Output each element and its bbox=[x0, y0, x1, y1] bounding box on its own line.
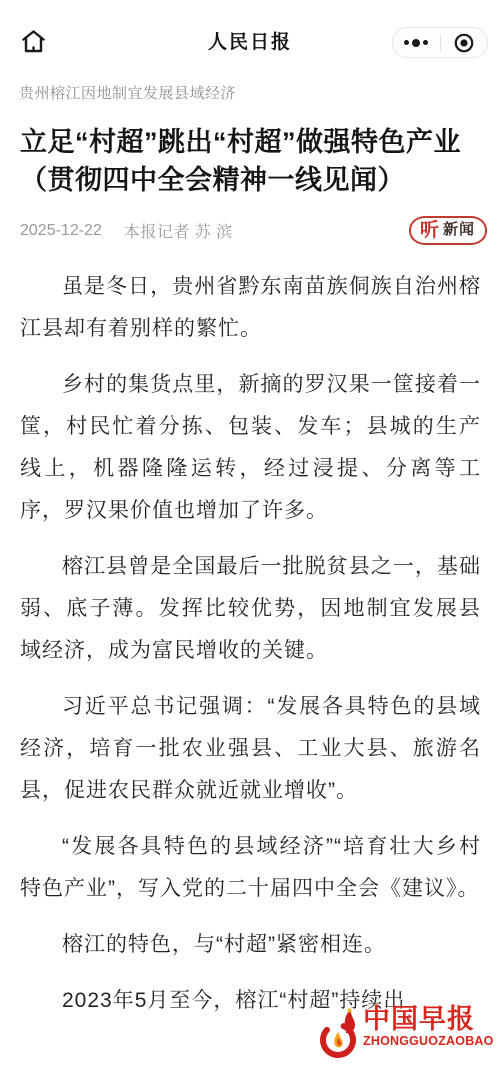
article-paragraph: 2023年5月至今，榕江“村超”持续出 bbox=[20, 980, 481, 1022]
article-paragraph: 乡村的集货点里，新摘的罗汉果一筐接着一筐，村民忙着分拣、包装、发车；县城的生产线… bbox=[20, 364, 481, 532]
close-circle-button[interactable] bbox=[441, 28, 488, 57]
navbar: 人民日报 bbox=[0, 0, 500, 66]
article-body: 虽是冬日，贵州省黔东南苗族侗族自治州榕江县却有着别样的繁忙。 乡村的集货点里，新… bbox=[0, 266, 500, 1022]
article-topic: 贵州榕江因地制宜发展县域经济 bbox=[19, 82, 480, 103]
article-screen: 人民日报 贵州榕江因地制宜发展县域经济 立足“村超”跳出“村超”做强特色产业 bbox=[0, 0, 500, 1082]
listen-news-button[interactable]: 听 新闻 bbox=[409, 216, 487, 245]
article-paragraph: 榕江的特色，与“村超”紧密相连。 bbox=[20, 924, 481, 966]
article-title-line-2: （贯彻四中全会精神一线见闻） bbox=[20, 161, 480, 199]
circle-dot-icon bbox=[453, 32, 475, 54]
article-paragraph: 虽是冬日，贵州省黔东南苗族侗族自治州榕江县却有着别样的繁忙。 bbox=[20, 266, 481, 350]
article-title: 立足“村超”跳出“村超”做强特色产业 （贯彻四中全会精神一线见闻） bbox=[20, 123, 480, 199]
home-button[interactable] bbox=[16, 24, 50, 58]
watermark-brand-en: ZHONGGUOZAOBAO bbox=[363, 1034, 494, 1048]
article-title-line-1: 立足“村超”跳出“村超”做强特色产业 bbox=[20, 123, 480, 161]
article-paragraph: “发展各具特色的县域经济”“培育壮大乡村特色产业”，写入党的二十届四中全会《建议… bbox=[20, 826, 481, 910]
article-date: 2025-12-22 bbox=[20, 222, 102, 240]
home-icon bbox=[20, 28, 47, 55]
news-label: 新闻 bbox=[443, 223, 475, 238]
article-meta: 2025-12-22 本报记者 苏 滨 听 新闻 bbox=[20, 216, 487, 245]
article-author: 本报记者 苏 滨 bbox=[124, 219, 233, 242]
listen-label: 听 bbox=[420, 221, 439, 240]
article-paragraph: 习近平总书记强调：“发展各具特色的县域经济，培育一批农业强县、工业大县、旅游名县… bbox=[20, 686, 481, 812]
more-menu-button[interactable] bbox=[393, 28, 440, 57]
miniprogram-capsule bbox=[392, 27, 488, 58]
more-dots-icon bbox=[404, 39, 428, 47]
article-paragraph: 榕江县曾是全国最后一批脱贫县之一，基础弱、底子薄。发挥比较优势，因地制宜发展县域… bbox=[20, 546, 481, 672]
